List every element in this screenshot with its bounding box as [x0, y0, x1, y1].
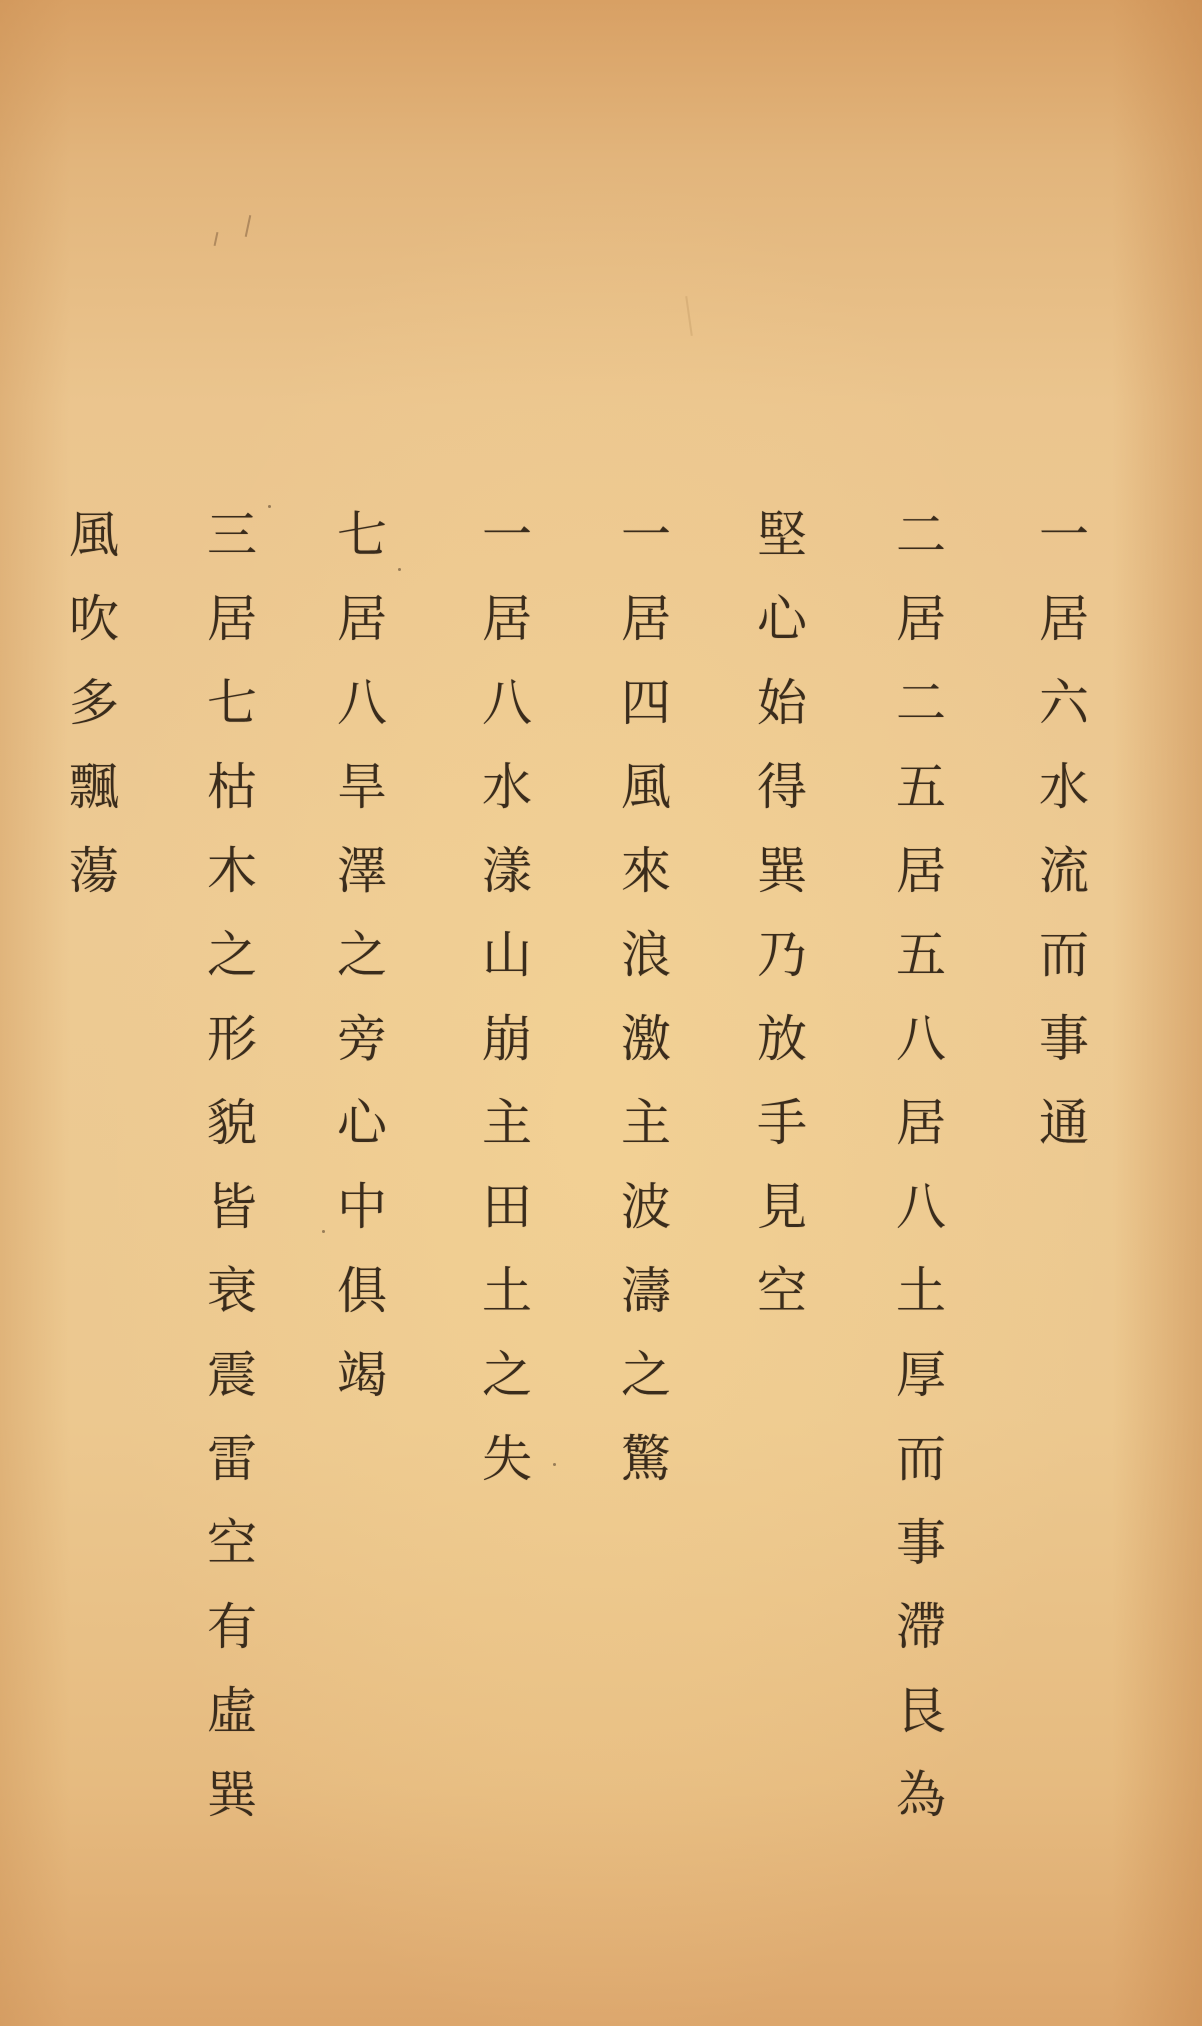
paper-speck [322, 1230, 325, 1233]
paper-scratch [214, 232, 219, 246]
text-column-5: 一居八水漾山崩主田土之失 [458, 508, 548, 1516]
text-column-7: 三居七枯木之形貌皆衰震雷空有虛巽 [183, 508, 273, 1852]
paper-speck [553, 1463, 556, 1466]
paper-speck [398, 568, 401, 571]
text-column-1: 一居六水流而事通 [1015, 508, 1105, 1180]
text-column-3: 堅心始得巽乃放手見空 [733, 508, 823, 1348]
text-column-2: 二居二五居五八居八土厚而事滯艮為 [872, 508, 962, 1852]
text-column-4: 一居四風來浪激主波濤之驚 [597, 508, 687, 1516]
paper-speck [268, 505, 271, 508]
text-column-6: 七居八旱澤之旁心中俱竭 [313, 508, 403, 1432]
text-column-8: 風吹多飄蕩 [45, 508, 135, 928]
book-page: 一居六水流而事通 二居二五居五八居八土厚而事滯艮為 堅心始得巽乃放手見空 一居四… [0, 0, 1202, 2026]
paper-crease [685, 296, 693, 336]
paper-scratch [245, 215, 252, 237]
